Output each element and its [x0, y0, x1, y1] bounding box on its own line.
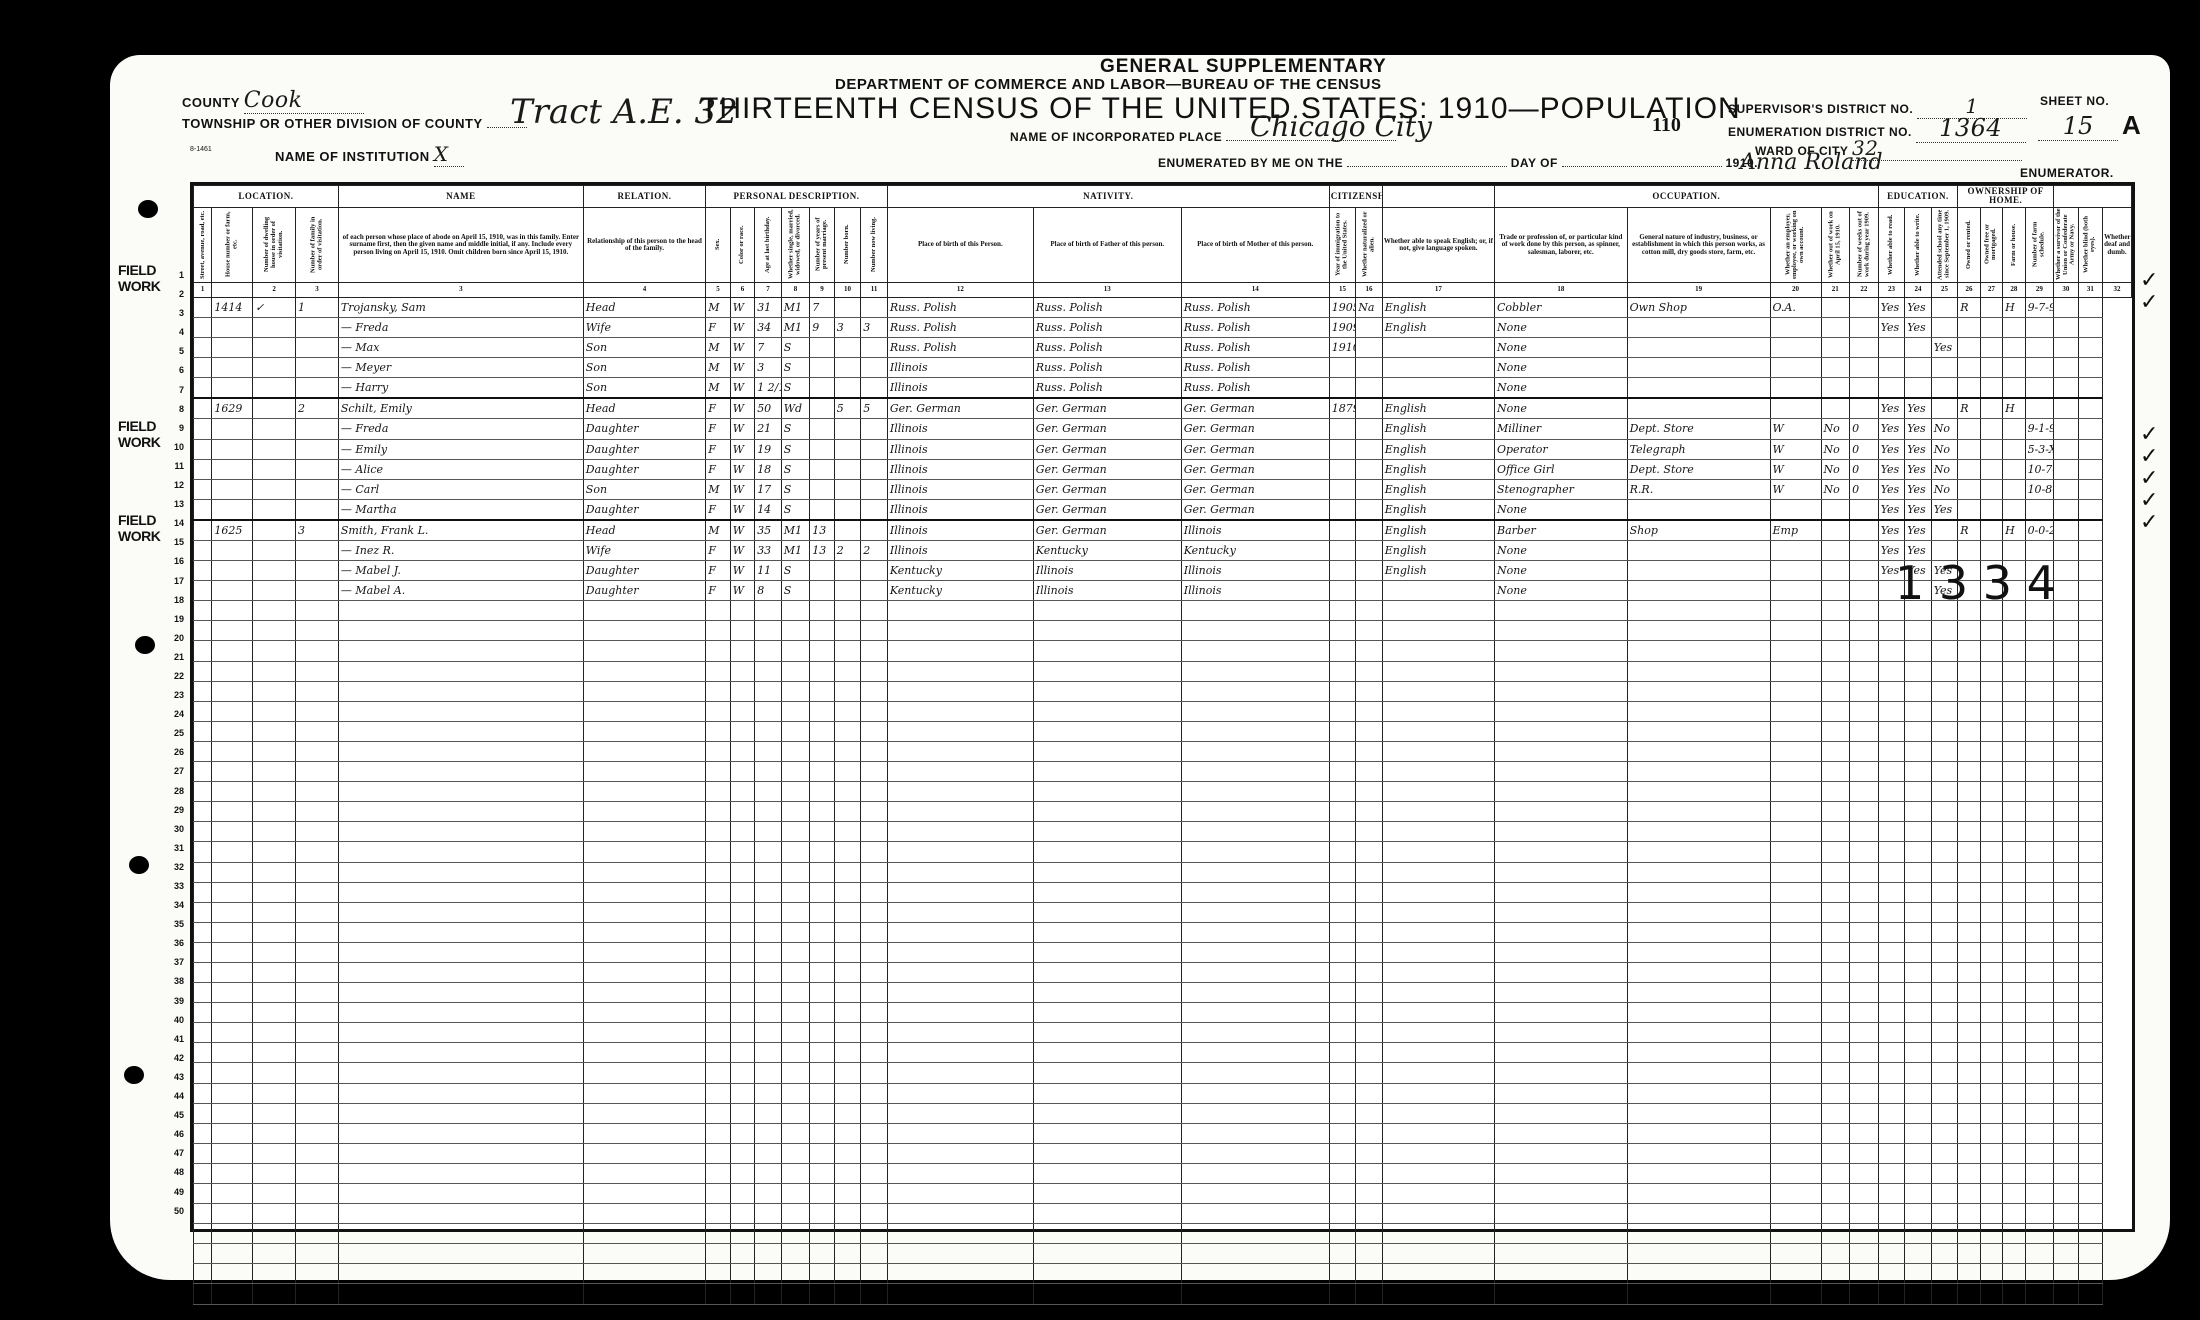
cell-bp_mother: Ger. German [1181, 398, 1329, 419]
empty-cell [1181, 862, 1329, 882]
empty-cell [810, 1103, 834, 1123]
empty-cell [583, 1204, 705, 1224]
line-number: 45 [150, 1106, 184, 1125]
empty-cell [861, 983, 888, 1003]
column-header-9: Age at last birthday. [755, 207, 782, 282]
empty-cell [887, 1083, 1033, 1103]
cell-sex: F [706, 499, 730, 520]
empty-cell [861, 1204, 888, 1224]
empty-cell [296, 1184, 339, 1204]
empty-cell [781, 1224, 810, 1244]
empty-cell [1850, 1043, 1879, 1063]
empty-cell [212, 1143, 253, 1163]
column-number-4: 3 [296, 282, 339, 297]
empty-cell [1850, 1023, 1879, 1043]
cell-race: W [730, 419, 754, 439]
empty-cell [730, 782, 754, 802]
cell-school [1931, 378, 1958, 399]
cell-out_work [1821, 317, 1850, 337]
empty-cell [834, 1023, 861, 1043]
empty-cell [834, 962, 861, 982]
empty-cell [1878, 762, 1905, 782]
cell-english: English [1382, 561, 1494, 581]
empty-cell [810, 882, 834, 902]
cell-living [861, 581, 888, 601]
empty-cell [1821, 882, 1850, 902]
empty-cell [1382, 902, 1494, 922]
empty-cell [1931, 621, 1958, 641]
empty-cell [583, 1244, 705, 1264]
empty-cell [2078, 962, 2102, 982]
empty-cell [1878, 641, 1905, 661]
cell-bp_self: Russ. Polish [887, 317, 1033, 337]
empty-cell [194, 862, 212, 882]
empty-cell [1821, 1204, 1850, 1224]
empty-cell [253, 661, 296, 681]
cell-free [1980, 338, 2002, 358]
empty-cell [2054, 741, 2078, 761]
empty-cell [2003, 902, 2025, 922]
empty-cell [1495, 601, 1628, 621]
cell-dwelling [253, 459, 296, 479]
cell-nat [1356, 338, 1383, 358]
empty-cell [2054, 922, 2078, 942]
cell-school: No [1931, 439, 1958, 459]
empty-cell [755, 1123, 782, 1143]
institution-label: NAME OF INSTITUTION X [275, 142, 464, 167]
table-row [194, 1103, 2132, 1123]
cell-sex: M [706, 479, 730, 499]
empty-cell [781, 802, 810, 822]
empty-cell [810, 922, 834, 942]
empty-cell [1181, 1063, 1329, 1083]
empty-cell [861, 1123, 888, 1143]
empty-cell [834, 942, 861, 962]
cell-c31 [2078, 358, 2102, 378]
empty-cell [861, 1284, 888, 1304]
empty-cell [1821, 1244, 1850, 1264]
empty-cell [1850, 741, 1879, 761]
empty-cell [1905, 1043, 1932, 1063]
cell-class [1770, 499, 1821, 520]
empty-cell [253, 762, 296, 782]
empty-cell [2003, 701, 2025, 721]
empty-cell [1770, 661, 1821, 681]
empty-cell [2078, 1163, 2102, 1183]
table-row [194, 1023, 2132, 1043]
cell-industry: Own Shop [1627, 297, 1770, 317]
cell-born: 5 [834, 398, 861, 419]
empty-cell [212, 782, 253, 802]
empty-cell [296, 1244, 339, 1264]
cell-dwelling [253, 541, 296, 561]
empty-cell [1905, 1003, 1932, 1023]
empty-cell [1931, 762, 1958, 782]
cell-c31 [2078, 541, 2102, 561]
empty-cell [583, 962, 705, 982]
empty-cell [253, 601, 296, 621]
table-row [194, 1043, 2132, 1063]
cell-family: 2 [296, 398, 339, 419]
empty-cell [755, 721, 782, 741]
empty-cell [887, 701, 1033, 721]
empty-cell [2003, 1163, 2025, 1183]
empty-cell [1181, 641, 1329, 661]
cell-years_married: 13 [810, 520, 834, 541]
line-number: 42 [150, 1049, 184, 1068]
empty-cell [1382, 822, 1494, 842]
empty-cell [1958, 782, 1980, 802]
empty-cell [1181, 902, 1329, 922]
cell-relation: Head [583, 398, 705, 419]
empty-cell [1382, 983, 1494, 1003]
empty-cell [810, 762, 834, 782]
cell-c29 [2025, 338, 2054, 358]
empty-cell [1181, 1163, 1329, 1183]
column-number-6: 4 [583, 282, 705, 297]
empty-cell [1770, 882, 1821, 902]
cell-trade: Stenographer [1495, 479, 1628, 499]
empty-cell [1850, 1204, 1879, 1224]
empty-cell [1878, 842, 1905, 862]
empty-cell [1821, 1163, 1850, 1183]
empty-cell [1905, 1083, 1932, 1103]
empty-cell [253, 1023, 296, 1043]
empty-cell [730, 721, 754, 741]
empty-cell [1495, 1184, 1628, 1204]
empty-cell [1905, 741, 1932, 761]
empty-cell [1495, 762, 1628, 782]
empty-cell [1770, 1063, 1821, 1083]
empty-cell [1495, 641, 1628, 661]
empty-cell [1356, 782, 1383, 802]
empty-cell [730, 681, 754, 701]
empty-cell [1958, 1023, 1980, 1043]
empty-cell [1627, 1123, 1770, 1143]
empty-cell [861, 1163, 888, 1183]
empty-cell [253, 741, 296, 761]
empty-cell [253, 1184, 296, 1204]
cell-c30 [2054, 439, 2078, 459]
empty-cell [1356, 661, 1383, 681]
line-number: 43 [150, 1068, 184, 1087]
empty-cell [755, 1143, 782, 1163]
empty-cell [781, 1204, 810, 1224]
empty-cell [338, 782, 583, 802]
empty-cell [810, 1184, 834, 1204]
empty-cell [887, 1264, 1033, 1284]
table-row [194, 1224, 2132, 1244]
cell-years_married [810, 499, 834, 520]
empty-cell [1821, 1003, 1850, 1023]
empty-cell [296, 1003, 339, 1023]
empty-cell [781, 922, 810, 942]
empty-cell [1627, 1043, 1770, 1063]
empty-cell [296, 741, 339, 761]
empty-cell [338, 641, 583, 661]
cell-immig [1329, 479, 1356, 499]
group-location: LOCATION. [194, 186, 339, 208]
empty-cell [253, 962, 296, 982]
cell-bp_self: Illinois [887, 499, 1033, 520]
cell-marital: M1 [781, 297, 810, 317]
table-row [194, 1143, 2132, 1163]
empty-cell [2025, 762, 2054, 782]
empty-cell [1033, 862, 1181, 882]
empty-cell [1382, 782, 1494, 802]
cell-name: — Freda [338, 419, 583, 439]
cell-living [861, 419, 888, 439]
empty-cell [194, 802, 212, 822]
empty-cell [887, 1043, 1033, 1063]
empty-cell [2003, 802, 2025, 822]
line-number: 18 [150, 591, 184, 610]
empty-cell [296, 1264, 339, 1284]
empty-cell [1958, 741, 1980, 761]
cell-marital: S [781, 419, 810, 439]
empty-cell [781, 1103, 810, 1123]
empty-cell [1905, 882, 1932, 902]
line-number: 17 [150, 572, 184, 591]
empty-cell [2078, 1063, 2102, 1083]
line-number: 24 [150, 705, 184, 724]
cell-free [1980, 378, 2002, 399]
table-row [194, 1063, 2132, 1083]
empty-cell [194, 520, 212, 541]
empty-cell [1382, 661, 1494, 681]
empty-cell [1770, 721, 1821, 741]
empty-cell [810, 1003, 834, 1023]
empty-cell [1356, 1103, 1383, 1123]
empty-cell [253, 902, 296, 922]
empty-cell [2054, 1003, 2078, 1023]
line-number: 34 [150, 896, 184, 915]
empty-cell [1356, 1264, 1383, 1284]
empty-cell [583, 942, 705, 962]
cell-sex: F [706, 561, 730, 581]
empty-cell [1980, 1163, 2002, 1183]
table-row [194, 681, 2132, 701]
empty-cell [1382, 762, 1494, 782]
empty-cell [1033, 962, 1181, 982]
column-header-15: Place of birth of Father of this person. [1033, 207, 1181, 282]
empty-cell [194, 621, 212, 641]
cell-bp_father: Illinois [1033, 581, 1181, 601]
empty-cell [706, 621, 730, 641]
cell-name: Smith, Frank L. [338, 520, 583, 541]
empty-cell [296, 661, 339, 681]
cell-marital: S [781, 338, 810, 358]
empty-cell [706, 802, 730, 822]
empty-cell [834, 862, 861, 882]
empty-cell [1878, 983, 1905, 1003]
column-header-29: Owned free or mortgaged. [1980, 207, 2002, 282]
cell-born [834, 561, 861, 581]
cell-read: Yes [1878, 317, 1905, 337]
cell-write: Yes [1905, 479, 1932, 499]
empty-cell [1033, 802, 1181, 822]
empty-cell [1878, 661, 1905, 681]
cell-family [296, 378, 339, 399]
cell-school: No [1931, 479, 1958, 499]
empty-cell [1329, 1204, 1356, 1224]
empty-cell [212, 661, 253, 681]
empty-cell [1495, 962, 1628, 982]
empty-cell [1329, 1103, 1356, 1123]
cell-weeks_out [1850, 317, 1879, 337]
empty-cell [2003, 822, 2025, 842]
group-nativity: NATIVITY. [887, 186, 1329, 208]
cell-weeks_out [1850, 398, 1879, 419]
empty-cell [1495, 1244, 1628, 1264]
column-number-30: 28 [2003, 282, 2025, 297]
empty-cell [1931, 1264, 1958, 1284]
empty-cell [194, 1264, 212, 1284]
empty-cell [2054, 942, 2078, 962]
cell-class [1770, 338, 1821, 358]
empty-cell [730, 1244, 754, 1264]
cell-bp_father: Russ. Polish [1033, 338, 1181, 358]
empty-cell [1905, 842, 1932, 862]
empty-cell [1931, 842, 1958, 862]
empty-cell [1329, 681, 1356, 701]
line-number: 22 [150, 667, 184, 686]
empty-cell [1329, 942, 1356, 962]
empty-cell [706, 862, 730, 882]
empty-cell [755, 641, 782, 661]
line-number: 25 [150, 724, 184, 743]
empty-cell [810, 1163, 834, 1183]
empty-cell [253, 942, 296, 962]
empty-cell [1181, 701, 1329, 721]
cell-name: — Alice [338, 459, 583, 479]
cell-sex: F [706, 419, 730, 439]
punch-hole [124, 1066, 144, 1084]
cell-sex: M [706, 358, 730, 378]
empty-cell [1382, 1123, 1494, 1143]
empty-cell [1878, 922, 1905, 942]
column-number-12: 10 [834, 282, 861, 297]
empty-cell [1878, 701, 1905, 721]
empty-cell [2025, 782, 2054, 802]
cell-read: Yes [1878, 439, 1905, 459]
empty-cell [1329, 802, 1356, 822]
cell-dwelling [253, 561, 296, 581]
empty-cell [2025, 983, 2054, 1003]
cell-family [296, 439, 339, 459]
cell-bp_mother: Illinois [1181, 561, 1329, 581]
empty-cell [296, 882, 339, 902]
empty-cell [583, 601, 705, 621]
empty-cell [1980, 641, 2002, 661]
cell-bp_mother: Russ. Polish [1181, 358, 1329, 378]
empty-cell [1495, 1204, 1628, 1224]
cell-weeks_out: 0 [1850, 439, 1879, 459]
cell-c30 [2054, 398, 2078, 419]
cell-c31 [2078, 419, 2102, 439]
empty-cell [1931, 1023, 1958, 1043]
empty-cell [1033, 1264, 1181, 1284]
empty-cell [1958, 1123, 1980, 1143]
empty-cell [887, 1143, 1033, 1163]
empty-cell [887, 1103, 1033, 1123]
cell-free [1980, 439, 2002, 459]
empty-cell [2025, 842, 2054, 862]
cell-weeks_out [1850, 499, 1879, 520]
empty-cell [1878, 1184, 1905, 1204]
empty-cell [1980, 842, 2002, 862]
empty-cell [1356, 882, 1383, 902]
empty-cell [1905, 681, 1932, 701]
cell-name: — Mabel J. [338, 561, 583, 581]
empty-cell [583, 661, 705, 681]
empty-cell [338, 1003, 583, 1023]
review-check-marks: ✓✓✓✓✓✓✓ [2140, 270, 2158, 534]
empty-cell [1821, 802, 1850, 822]
empty-cell [1821, 922, 1850, 942]
empty-cell [1181, 1083, 1329, 1103]
cell-sex: F [706, 439, 730, 459]
empty-cell [1770, 1184, 1821, 1204]
empty-cell [730, 1224, 754, 1244]
empty-cell [1850, 1244, 1879, 1264]
empty-cell [834, 1264, 861, 1284]
empty-cell [2025, 862, 2054, 882]
cell-trade: Cobbler [1495, 297, 1628, 317]
line-number: 35 [150, 915, 184, 934]
cell-sex: M [706, 520, 730, 541]
empty-cell [810, 1284, 834, 1304]
cell-read: Yes [1878, 479, 1905, 499]
empty-cell [2078, 802, 2102, 822]
column-header-31: Number of farm schedule. [2025, 207, 2054, 282]
empty-cell [1878, 862, 1905, 882]
column-header-18: Whether naturalized or alien. [1356, 207, 1383, 282]
empty-cell [1931, 1043, 1958, 1063]
empty-cell [338, 661, 583, 681]
cell-c29: 5-3-X-8 [2025, 439, 2054, 459]
column-header-32: Whether a survivor of the Union or Confe… [2054, 207, 2078, 282]
cell-immig: 1910 [1329, 338, 1356, 358]
empty-cell [781, 1163, 810, 1183]
empty-cell [1033, 1163, 1181, 1183]
empty-cell [1627, 621, 1770, 641]
cell-house [212, 338, 253, 358]
empty-cell [194, 581, 212, 601]
empty-cell [887, 862, 1033, 882]
empty-cell [887, 762, 1033, 782]
empty-cell [583, 641, 705, 661]
institution-value: X [434, 142, 464, 167]
empty-cell [583, 762, 705, 782]
empty-cell [781, 1123, 810, 1143]
empty-cell [194, 561, 212, 581]
empty-cell [1033, 1063, 1181, 1083]
empty-cell [730, 862, 754, 882]
empty-cell [1850, 862, 1879, 882]
empty-cell [810, 962, 834, 982]
empty-cell [2003, 1264, 2025, 1284]
cell-born [834, 520, 861, 541]
cell-read [1878, 338, 1905, 358]
empty-cell [2025, 1043, 2054, 1063]
empty-cell [1931, 1063, 1958, 1083]
census-table: LOCATION. NAME RELATION. PERSONAL DESCRI… [193, 185, 2132, 1305]
empty-cell [1495, 1284, 1628, 1304]
empty-cell [1931, 1204, 1958, 1224]
table-row: — Inez R.WifeFW33M11322IllinoisKentuckyK… [194, 541, 2132, 561]
cell-immig [1329, 581, 1356, 601]
